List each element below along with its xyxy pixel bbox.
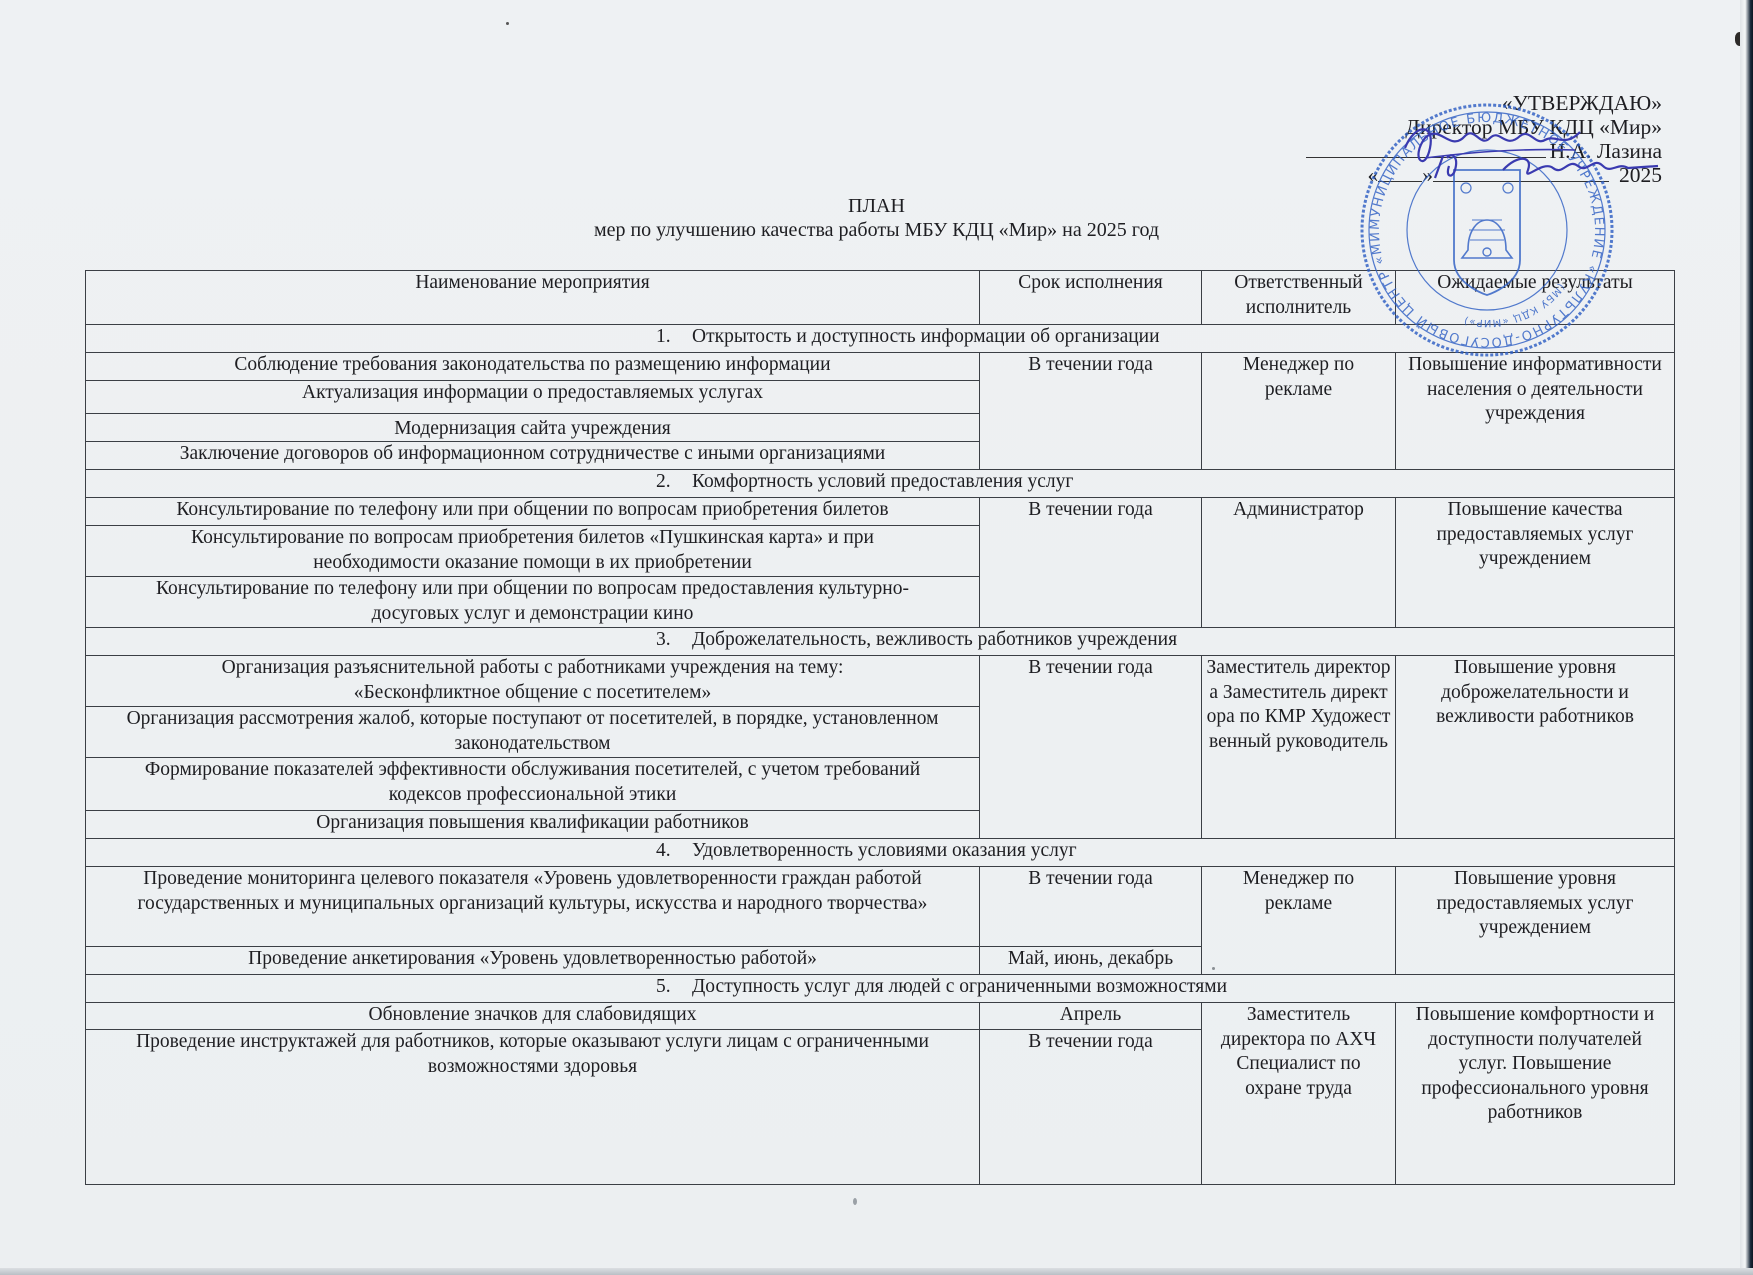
result-cell: Повышение информативности населения о де… xyxy=(1396,353,1675,470)
deadline-cell: В течении года xyxy=(980,656,1202,839)
date-month-field xyxy=(1433,181,1609,182)
header-deadline: Срок исполнения xyxy=(980,271,1202,325)
activity-cell: Проведение мониторинга целевого показате… xyxy=(86,867,980,947)
deadline-cell: В течении года xyxy=(980,353,1202,470)
responsible-cell: Менеджер по рекламе xyxy=(1202,353,1396,470)
deadline-cell: В течении года xyxy=(980,498,1202,628)
date-close-quote: » xyxy=(1422,163,1433,187)
activity-cell: Консультирование по телефону или при общ… xyxy=(86,498,980,526)
activity-cell: Обновление значков для слабовидящих xyxy=(86,1003,980,1030)
activity-cell: Консультирование по телефону или при общ… xyxy=(86,577,980,628)
date-day-field xyxy=(1378,181,1422,182)
result-cell: Повышение уровня предоставляемых услуг у… xyxy=(1396,867,1675,975)
activity-cell: Актуализация информации о предоставляемы… xyxy=(86,381,980,414)
activity-cell: Заключение договоров об информационном с… xyxy=(86,442,980,470)
activity-cell: Формирование показателей эффективности о… xyxy=(86,758,980,811)
section-number: 3. xyxy=(656,628,692,653)
table-row: Организация разъяснительной работы с раб… xyxy=(86,656,1675,707)
deadline-cell: Апрель xyxy=(980,1003,1202,1030)
approval-position: Директор МБУ КДЦ «Мир» xyxy=(1306,115,1662,139)
result-cell: Повышение качества предоставляемых услуг… xyxy=(1396,498,1675,628)
date-year: 2025 xyxy=(1619,163,1662,187)
section-row-1: 1.Открытость и доступность информации об… xyxy=(86,325,1675,353)
header-responsible: Ответственный исполнитель xyxy=(1202,271,1396,325)
activity-cell: Проведение анкетирования «Уровень удовле… xyxy=(86,947,980,975)
table-header-row: Наименование мероприятия Срок исполнения… xyxy=(86,271,1675,325)
plan-table: Наименование мероприятия Срок исполнения… xyxy=(85,270,1675,1185)
section-title: Доброжелательность, вежливость работнико… xyxy=(692,629,1177,650)
scanner-edge xyxy=(1740,0,1753,1275)
activity-cell: Проведение инструктажей для работников, … xyxy=(86,1030,980,1185)
document-subtitle: мер по улучшению качества работы МБУ КДЦ… xyxy=(0,218,1753,242)
section-title: Комфортность условий предоставления услу… xyxy=(692,471,1073,492)
section-number: 4. xyxy=(656,839,692,864)
section-row-5: 5.Доступность услуг для людей с ограниче… xyxy=(86,975,1675,1003)
section-title: Удовлетворенность условиями оказания усл… xyxy=(692,840,1077,861)
scan-speck xyxy=(506,22,509,25)
section-row-4: 4.Удовлетворенность условиями оказания у… xyxy=(86,839,1675,867)
responsible-cell: Заместитель директора по АХЧ Специалист … xyxy=(1202,1003,1396,1185)
deadline-cell: Май, июнь, декабрь xyxy=(980,947,1202,975)
table-row: Соблюдение требования законодательства п… xyxy=(86,353,1675,381)
document-title-block: ПЛАН мер по улучшению качества работы МБ… xyxy=(0,194,1753,242)
header-activity: Наименование мероприятия xyxy=(86,271,980,325)
activity-cell: Модернизация сайта учреждения xyxy=(86,414,980,442)
responsible-cell: Менеджер по рекламе xyxy=(1202,867,1396,975)
header-results: Ожидаемые результаты xyxy=(1396,271,1675,325)
signature-underline xyxy=(1306,141,1546,158)
scanned-page: «УТВЕРЖДАЮ» Директор МБУ КДЦ «Мир» Н.А. … xyxy=(0,0,1740,1268)
activity-cell: Консультирование по вопросам приобретени… xyxy=(86,526,980,577)
activity-cell: Организация повышения квалификации работ… xyxy=(86,811,980,839)
scanner-edge xyxy=(0,1268,1753,1275)
table-row: Обновление значков для слабовидящих Апре… xyxy=(86,1003,1675,1030)
section-title-cell: 3.Доброжелательность, вежливость работни… xyxy=(86,628,1675,656)
approval-block: «УТВЕРЖДАЮ» Директор МБУ КДЦ «Мир» Н.А. … xyxy=(1306,91,1662,187)
result-cell: Повышение уровня доброжелательности и ве… xyxy=(1396,656,1675,839)
activity-cell: Соблюдение требования законодательства п… xyxy=(86,353,980,381)
section-title-cell: 5.Доступность услуг для людей с ограниче… xyxy=(86,975,1675,1003)
date-open-quote: « xyxy=(1368,163,1379,187)
section-row-2: 2.Комфортность условий предоставления ус… xyxy=(86,470,1675,498)
result-cell: Повышение комфортности и доступности пол… xyxy=(1396,1003,1675,1185)
deadline-cell: В течении года xyxy=(980,867,1202,947)
section-number: 5. xyxy=(656,975,692,1000)
document-title: ПЛАН xyxy=(0,194,1753,218)
approver-name: Н.А. Лазина xyxy=(1550,139,1662,163)
activity-cell: Организация рассмотрения жалоб, которые … xyxy=(86,707,980,758)
section-title-cell: 4.Удовлетворенность условиями оказания у… xyxy=(86,839,1675,867)
approval-signature-line: Н.А. Лазина xyxy=(1306,139,1662,163)
responsible-cell: Администратор xyxy=(1202,498,1396,628)
approval-heading: «УТВЕРЖДАЮ» xyxy=(1306,91,1662,115)
section-title-cell: 1.Открытость и доступность информации об… xyxy=(86,325,1675,353)
deadline-cell: В течении года xyxy=(980,1030,1202,1185)
table-row: Консультирование по телефону или при общ… xyxy=(86,498,1675,526)
section-row-3: 3.Доброжелательность, вежливость работни… xyxy=(86,628,1675,656)
approval-date: «»2025 xyxy=(1306,163,1662,187)
scan-speck xyxy=(853,1198,857,1205)
section-title-cell: 2.Комфортность условий предоставления ус… xyxy=(86,470,1675,498)
section-number: 1. xyxy=(656,325,692,350)
table-row: Проведение мониторинга целевого показате… xyxy=(86,867,1675,947)
section-title: Открытость и доступность информации об о… xyxy=(692,326,1160,347)
activity-cell: Организация разъяснительной работы с раб… xyxy=(86,656,980,707)
section-title: Доступность услуг для людей с ограниченн… xyxy=(692,976,1227,997)
section-number: 2. xyxy=(656,470,692,495)
responsible-cell: Заместитель директора Заместитель директ… xyxy=(1202,656,1396,839)
